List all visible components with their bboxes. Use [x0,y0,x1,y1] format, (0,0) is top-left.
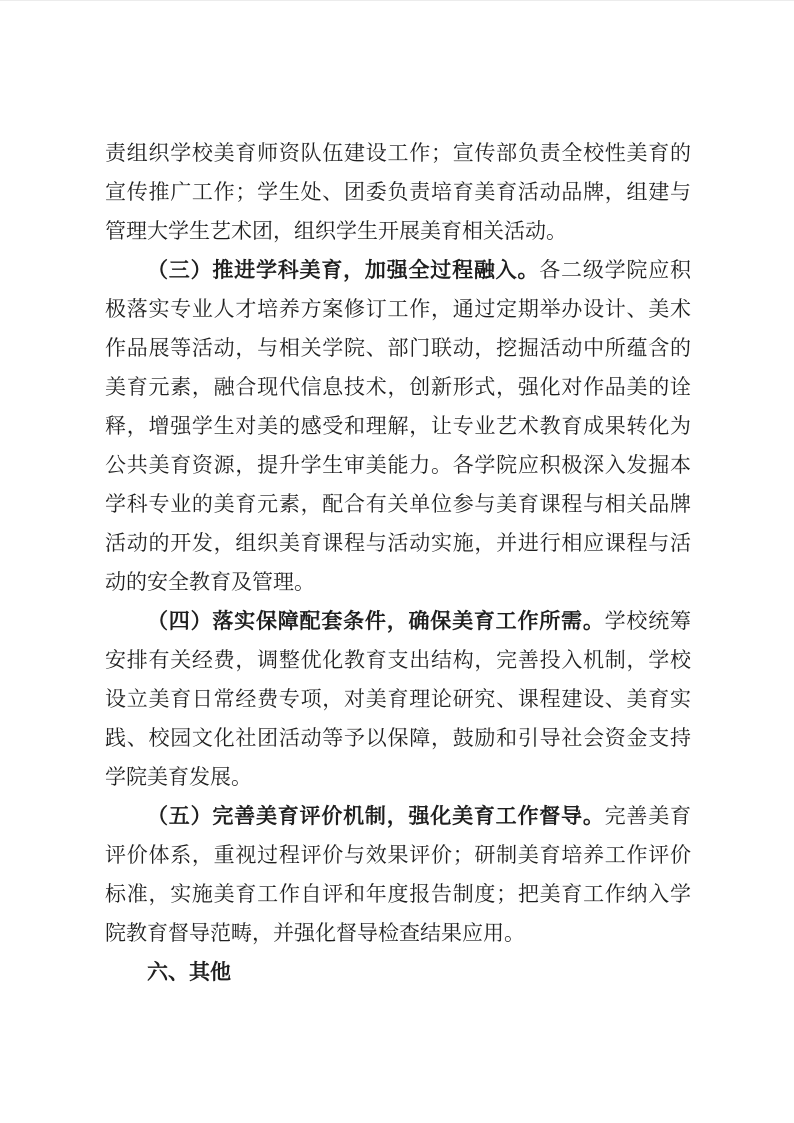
paragraph-section-3-lead: （三）推进学科美育，加强全过程融入。 [147,258,539,282]
document-page: 责组织学校美育师资队伍建设工作；宣传部负责全校性美育的宣传推广工作；学生处、团委… [0,0,794,1123]
section-heading-6-text: 六、其他 [147,960,231,984]
section-heading-6: 六、其他 [105,953,691,992]
paragraph-section-4-text: 学校统筹安排有关经费，调整优化教育支出结构，完善投入机制，学校设立美育日常经费专… [105,609,691,789]
paragraph-continuation-text: 责组织学校美育师资队伍建设工作；宣传部负责全校性美育的宣传推广工作；学生处、团委… [105,141,691,243]
paragraph-section-5-lead: （五）完善美育评价机制，强化美育工作督导。 [147,804,605,828]
paragraph-section-5: （五）完善美育评价机制，强化美育工作督导。完善美育评价体系，重视过程评价与效果评… [105,797,691,953]
paragraph-section-4-lead: （四）落实保障配套条件，确保美育工作所需。 [147,609,605,633]
paragraph-section-3: （三）推进学科美育，加强全过程融入。各二级学院应积极落实专业人才培养方案修订工作… [105,251,691,602]
paragraph-section-4: （四）落实保障配套条件，确保美育工作所需。学校统筹安排有关经费，调整优化教育支出… [105,602,691,797]
paragraph-section-3-text: 各二级学院应积极落实专业人才培养方案修订工作，通过定期举办设计、美术作品展等活动… [105,258,691,594]
document-body: 责组织学校美育师资队伍建设工作；宣传部负责全校性美育的宣传推广工作；学生处、团委… [105,134,691,992]
paragraph-continuation: 责组织学校美育师资队伍建设工作；宣传部负责全校性美育的宣传推广工作；学生处、团委… [105,134,691,251]
